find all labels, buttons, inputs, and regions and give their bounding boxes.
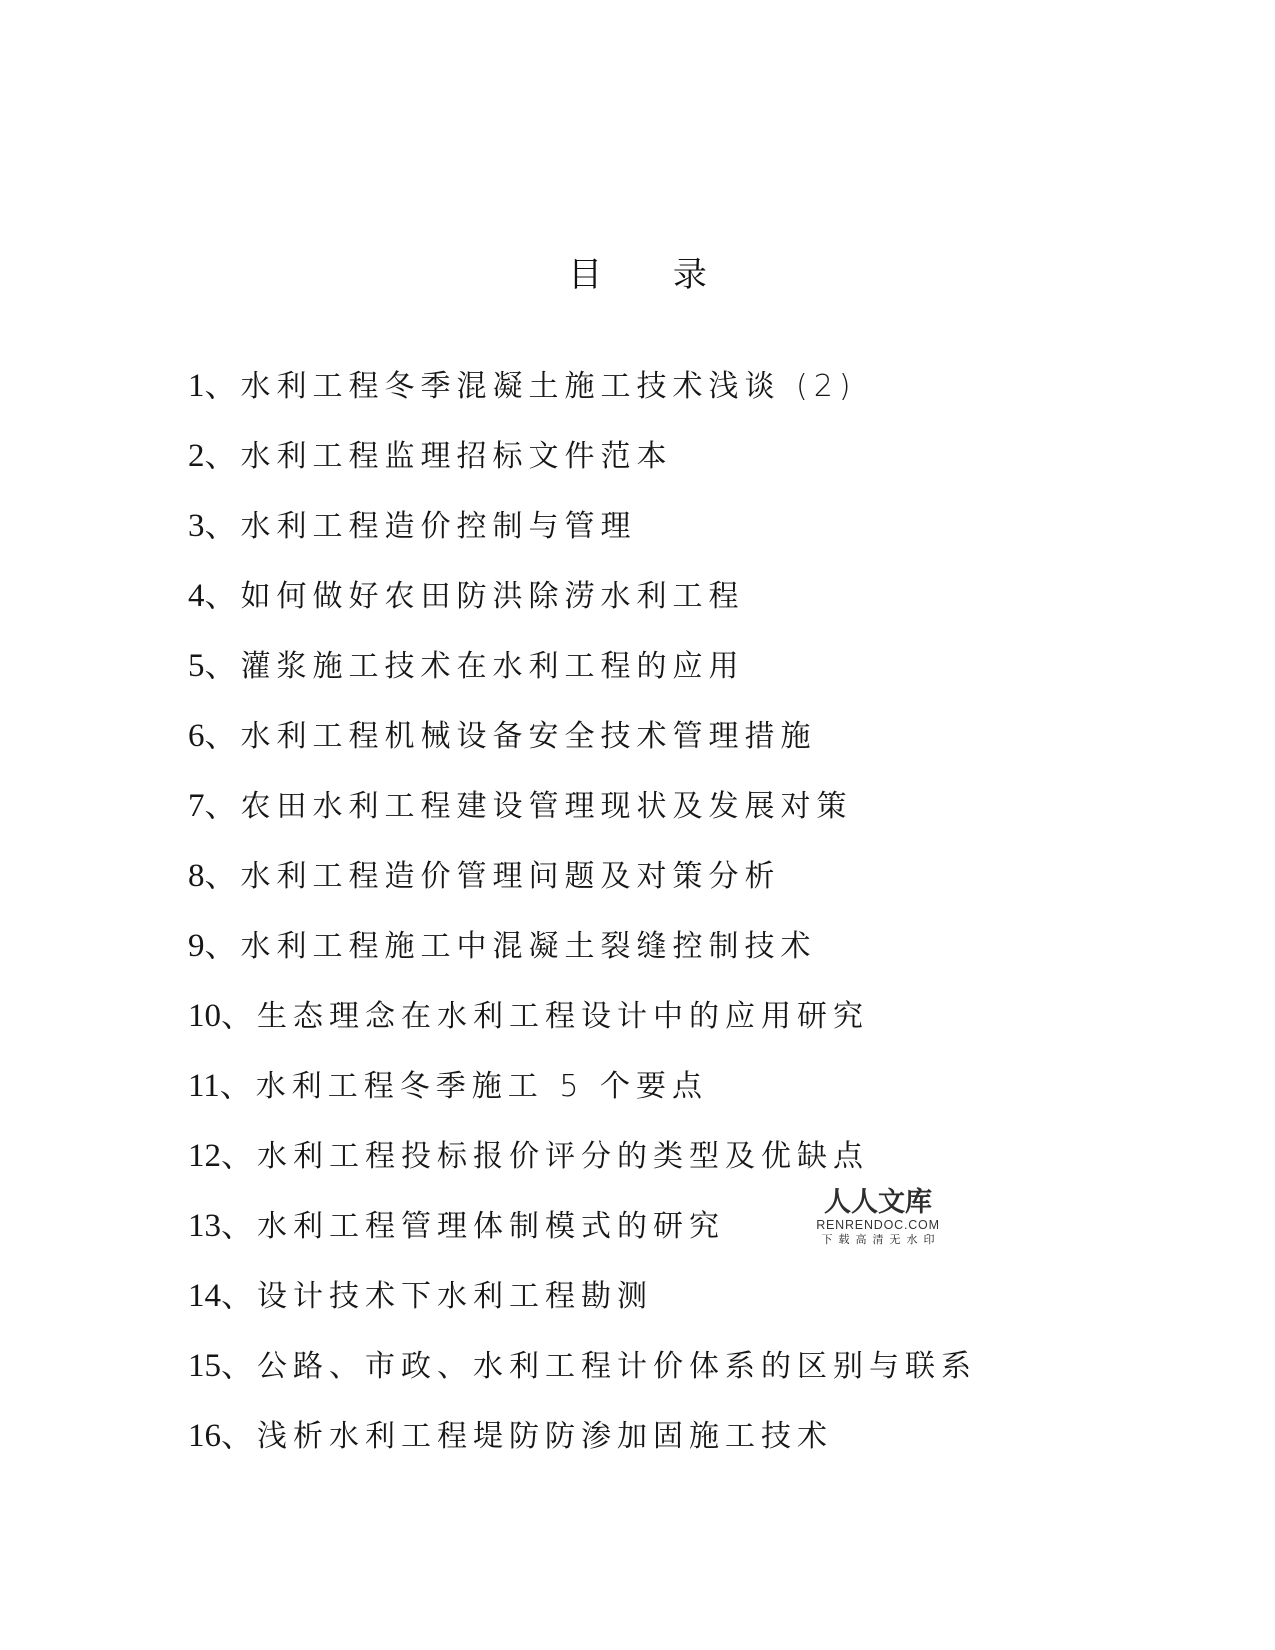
toc-item-2[interactable]: 2、水利工程监理招标文件范本	[188, 430, 977, 500]
toc-item-number: 12	[188, 1138, 221, 1174]
watermark-brand-cn: 人人文库	[808, 1188, 948, 1218]
toc-separator: 、	[205, 640, 241, 690]
toc-separator: 、	[205, 430, 241, 480]
toc-separator: 、	[221, 990, 257, 1040]
toc-item-16[interactable]: 16、浅析水利工程堤防防渗加固施工技术	[188, 1410, 977, 1480]
toc-separator: 、	[205, 920, 241, 970]
page-title: 目 录	[0, 252, 1275, 298]
toc-item-title: 水利工程投标报价评分的类型及优缺点	[257, 1139, 869, 1174]
toc-item-title: 水利工程造价控制与管理	[241, 509, 637, 544]
toc-separator: 、	[221, 1130, 257, 1180]
table-of-contents: 1、水利工程冬季混凝土施工技术浅谈 (2) 2、水利工程监理招标文件范本 3、水…	[188, 360, 977, 1480]
toc-item-15[interactable]: 15、公路、市政、水利工程计价体系的区别与联系	[188, 1340, 977, 1410]
toc-item-1[interactable]: 1、水利工程冬季混凝土施工技术浅谈 (2)	[188, 360, 977, 430]
toc-item-8[interactable]: 8、水利工程造价管理问题及对策分析	[188, 850, 977, 920]
toc-item-number: 8	[188, 858, 205, 894]
toc-item-title: 灌浆施工技术在水利工程的应用	[241, 649, 745, 684]
toc-item-title: 公路、市政、水利工程计价体系的区别与联系	[257, 1349, 977, 1384]
toc-item-title: 水利工程机械设备安全技术管理措施	[241, 719, 817, 754]
toc-item-number: 6	[188, 718, 205, 754]
toc-separator: 、	[205, 360, 241, 410]
toc-item-number: 7	[188, 788, 205, 824]
toc-item-title: 水利工程施工中混凝土裂缝控制技术	[241, 929, 817, 964]
watermark-tagline: 下载高清无水印	[808, 1233, 948, 1247]
toc-separator: 、	[205, 780, 241, 830]
toc-item-number: 14	[188, 1278, 221, 1314]
toc-separator: 、	[220, 1060, 256, 1110]
toc-separator: 、	[221, 1200, 257, 1250]
toc-item-title: 水利工程冬季混凝土施工技术浅谈 (2)	[241, 369, 857, 404]
toc-separator: 、	[205, 500, 241, 550]
toc-item-6[interactable]: 6、水利工程机械设备安全技术管理措施	[188, 710, 977, 780]
toc-item-title: 浅析水利工程堤防防渗加固施工技术	[257, 1419, 833, 1454]
toc-item-4[interactable]: 4、如何做好农田防洪除涝水利工程	[188, 570, 977, 640]
document-page: 目 录 1、水利工程冬季混凝土施工技术浅谈 (2) 2、水利工程监理招标文件范本…	[0, 0, 1275, 1650]
toc-separator: 、	[221, 1270, 257, 1320]
toc-separator: 、	[221, 1340, 257, 1390]
toc-item-number: 9	[188, 928, 205, 964]
toc-item-number: 16	[188, 1418, 221, 1454]
toc-separator: 、	[205, 850, 241, 900]
toc-item-title: 农田水利工程建设管理现状及发展对策	[241, 789, 853, 824]
toc-item-title: 水利工程管理体制模式的研究	[257, 1209, 725, 1244]
toc-separator: 、	[205, 710, 241, 760]
toc-item-9[interactable]: 9、水利工程施工中混凝土裂缝控制技术	[188, 920, 977, 990]
toc-item-title: 水利工程造价管理问题及对策分析	[241, 859, 781, 894]
watermark-brand-en: RENRENDOC.COM	[808, 1218, 948, 1233]
toc-item-number: 11	[188, 1068, 220, 1104]
toc-item-number: 4	[188, 578, 205, 614]
toc-item-5[interactable]: 5、灌浆施工技术在水利工程的应用	[188, 640, 977, 710]
toc-item-number: 2	[188, 438, 205, 474]
toc-item-number: 5	[188, 648, 205, 684]
toc-item-number: 13	[188, 1208, 221, 1244]
toc-item-7[interactable]: 7、农田水利工程建设管理现状及发展对策	[188, 780, 977, 850]
toc-item-10[interactable]: 10、生态理念在水利工程设计中的应用研究	[188, 990, 977, 1060]
toc-item-title: 如何做好农田防洪除涝水利工程	[241, 579, 745, 614]
toc-item-11[interactable]: 11、水利工程冬季施工 5 个要点	[188, 1060, 977, 1130]
toc-item-title: 水利工程冬季施工 5 个要点	[256, 1069, 708, 1104]
toc-item-number: 15	[188, 1348, 221, 1384]
toc-item-title: 生态理念在水利工程设计中的应用研究	[257, 999, 869, 1034]
toc-item-number: 1	[188, 368, 205, 404]
toc-item-title: 水利工程监理招标文件范本	[241, 439, 673, 474]
toc-item-14[interactable]: 14、设计技术下水利工程勘测	[188, 1270, 977, 1340]
toc-separator: 、	[205, 570, 241, 620]
toc-item-number: 3	[188, 508, 205, 544]
watermark-logo: 人人文库 RENRENDOC.COM 下载高清无水印	[808, 1188, 948, 1247]
toc-item-3[interactable]: 3、水利工程造价控制与管理	[188, 500, 977, 570]
toc-separator: 、	[221, 1410, 257, 1460]
toc-item-title: 设计技术下水利工程勘测	[257, 1279, 653, 1314]
toc-item-number: 10	[188, 998, 221, 1034]
